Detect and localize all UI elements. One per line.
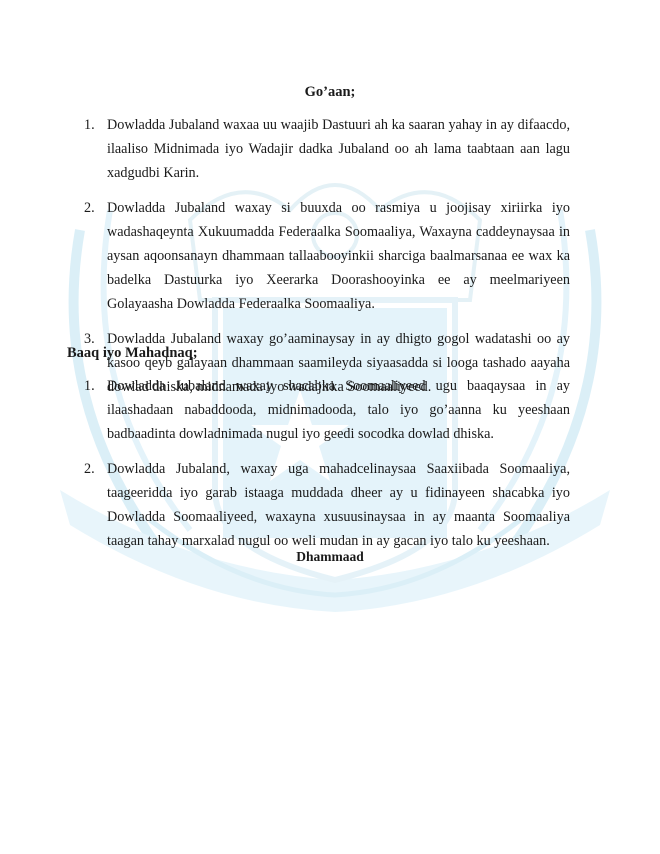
- closing-text: Dhammaad: [0, 549, 660, 565]
- decisions-list: 1. Dowladda Jubaland waxaa uu waajib Das…: [84, 113, 570, 409]
- appeal-text: Dowladda Jubaland, waxay uga mahadcelina…: [107, 461, 570, 550]
- decision-heading: Go’aan;: [0, 84, 660, 101]
- appeals-list: 1. Dowladda Jubaland waxay shacabka Soom…: [84, 374, 570, 563]
- appeal-item: 1. Dowladda Jubaland waxay shacabka Soom…: [84, 374, 570, 447]
- decision-item: 1. Dowladda Jubaland waxaa uu waajib Das…: [84, 113, 570, 186]
- appeal-text: Dowladda Jubaland waxay shacabka Soomaal…: [107, 378, 570, 442]
- decision-item: 2. Dowladda Jubaland waxay si buuxda oo …: [84, 196, 570, 317]
- decision-text: Dowladda Jubaland waxaa uu waajib Dastuu…: [107, 117, 570, 181]
- document-page: Go’aan; 1. Dowladda Jubaland waxaa uu wa…: [0, 0, 660, 854]
- decision-text: Dowladda Jubaland waxay si buuxda oo ras…: [107, 200, 570, 313]
- decision-number: 1.: [84, 113, 95, 137]
- appeal-heading: Baaq iyo Mahadnaq;: [67, 345, 198, 362]
- appeal-number: 2.: [84, 457, 95, 481]
- appeal-item: 2. Dowladda Jubaland, waxay uga mahadcel…: [84, 457, 570, 554]
- decision-number: 2.: [84, 196, 95, 220]
- appeal-number: 1.: [84, 374, 95, 398]
